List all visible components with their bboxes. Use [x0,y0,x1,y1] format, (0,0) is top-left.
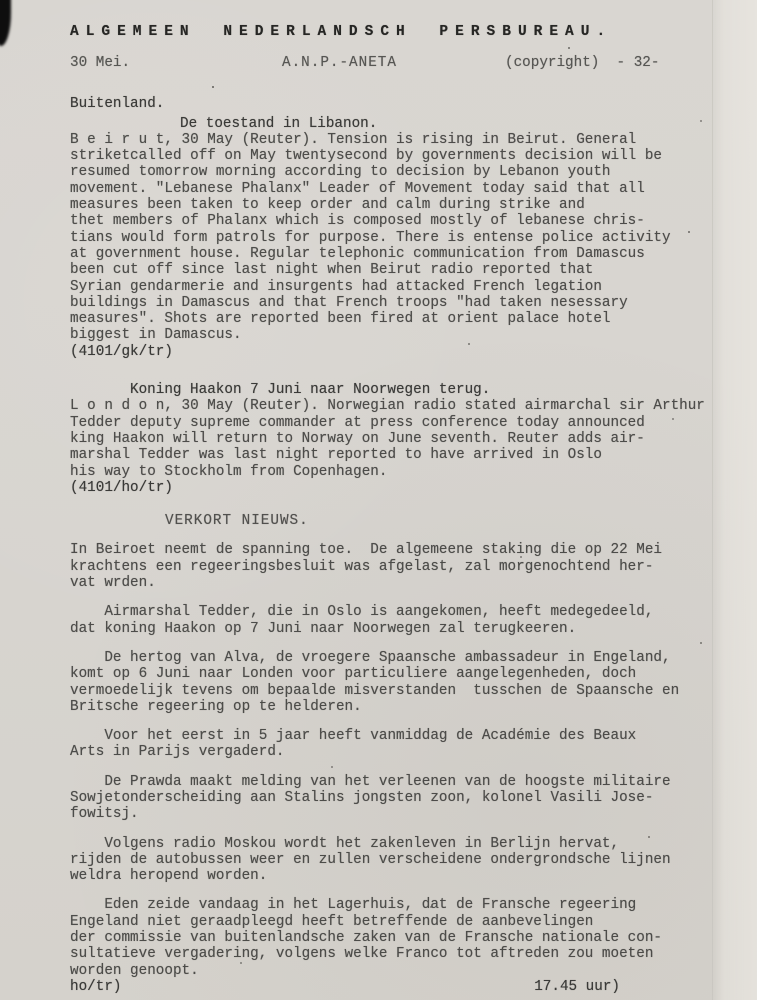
article-signoff: (4101/gk/tr) [70,344,710,360]
verkort-nieuws-section: VERKORT NIEUWS. In Beiroet neemt de span… [70,513,710,979]
dateline: 30 Mei. A.N.P.-ANETA (copyright) - 32- [70,55,710,72]
dateline-agency: A.N.P.-ANETA [282,55,397,71]
verkort-item: Voor het eerst in 5 jaar heeft vanmiddag… [70,728,710,761]
verkort-item: In Beiroet neemt de spanning toe. De alg… [70,542,710,591]
verkort-item: Eden zeide vandaag in het Lagerhuis, dat… [70,897,710,978]
article-haakon: Koning Haakon 7 Juni naar Noorwegen teru… [70,382,710,496]
footer-time: 17.45 uur) [534,979,620,995]
article-heading: De toestand in Libanon. [180,116,710,132]
article-signoff: (4101/ho/tr) [70,480,710,496]
article-heading: Koning Haakon 7 Juni naar Noorwegen teru… [130,382,710,398]
masthead-title: ALGEMEEN NEDERLANDSCH PERSBUREAU. [70,24,710,40]
section-label: Buitenland. [70,96,710,112]
dateline-date: 30 Mei. [70,55,130,71]
dateline-copyright: (copyright) - 32- [505,55,659,71]
document-page: ALGEMEEN NEDERLANDSCH PERSBUREAU. 30 Mei… [0,0,757,1000]
verkort-item: De Prawda maakt melding van het verleene… [70,774,710,823]
verkort-heading: VERKORT NIEUWS. [165,513,710,529]
verkort-item: Airmarshal Tedder, die in Oslo is aangek… [70,604,710,637]
typewritten-content: ALGEMEEN NEDERLANDSCH PERSBUREAU. 30 Mei… [0,0,757,995]
verkort-item: Volgens radio Moskou wordt het zakenleve… [70,836,710,885]
article-body: L o n d o n, 30 May (Reuter). Norwegian … [70,398,710,479]
article-body: B e i r u t, 30 May (Reuter). Tension is… [70,132,710,344]
footer-signoff: ho/tr) [70,979,121,995]
article-lebanon: De toestand in Libanon. B e i r u t, 30 … [70,116,710,360]
verkort-item: De hertog van Alva, de vroegere Spaansch… [70,650,710,715]
page-footer: ho/tr) 17.45 uur) [70,979,710,995]
